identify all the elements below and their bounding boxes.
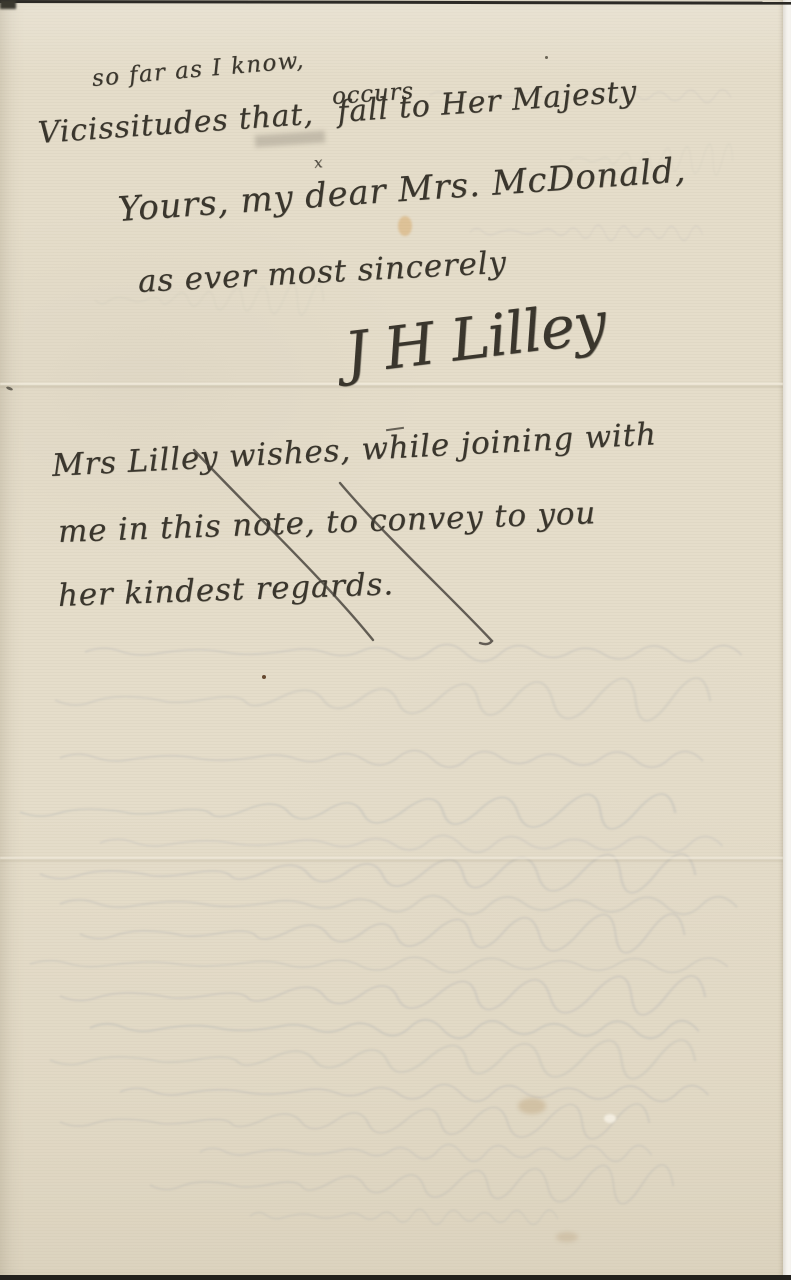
scan-edge-top-left-corner <box>0 0 16 9</box>
scan-background-strip <box>783 0 791 1280</box>
cross-out-stroke-right <box>340 483 492 644</box>
scan-edge-bottom <box>0 1275 791 1280</box>
brown-stain <box>556 1232 578 1242</box>
cross-out-strokes <box>0 0 783 1280</box>
brown-stain <box>518 1098 546 1114</box>
paper-flake-spot <box>604 1114 616 1123</box>
ink-speck <box>545 56 548 59</box>
ink-speck <box>262 675 266 679</box>
letter-paper: so far as I know, occurs Vicissitudes th… <box>0 0 784 1280</box>
cross-out-stroke-left <box>194 450 373 640</box>
scanned-letter-page: so far as I know, occurs Vicissitudes th… <box>0 0 791 1280</box>
orange-stain <box>398 216 412 236</box>
